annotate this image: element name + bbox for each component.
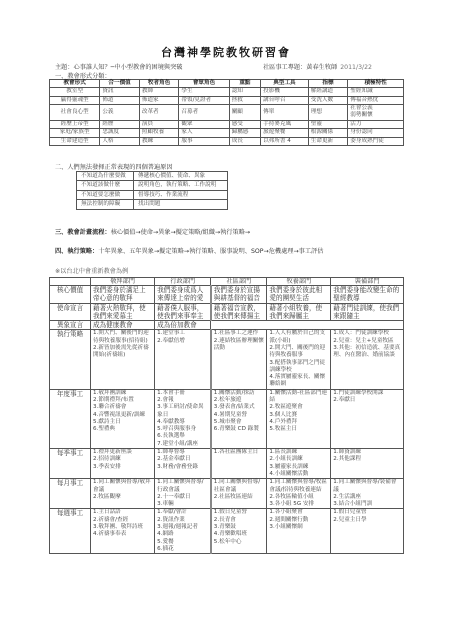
section-3-text: 核心價值→使命→異象→擬定策略/組織→執行策略→ xyxy=(111,229,250,236)
table-cell: 1.主日話語2.祈禱會/查經3.敬拜團、敬拜詩班4.祈禱事奉表 xyxy=(91,509,155,554)
table-cell: 傳福音熱忱 xyxy=(348,96,404,104)
column-header: 會眾角色 xyxy=(179,80,229,88)
list-item: 6.長執選舉 xyxy=(157,433,208,440)
table-cell: 委身成熟門徒 xyxy=(348,137,404,145)
table-cell: 藉著福音宣教，使我們來傳揚主 xyxy=(211,303,267,320)
row-header: 年度事工 xyxy=(50,389,91,448)
list-item: 1.同工關懷與督導/裝備會議 xyxy=(333,479,401,494)
list-item: 1.假日兒童營 xyxy=(214,509,265,516)
document-page: 台灣神學院教牧研習會 主題：心事誰人知？─中小型教會的困境與突破 社區事工專題：… xyxy=(0,0,452,640)
table-cell: 成為倍加教會 xyxy=(155,321,211,330)
list-item: 2.小組長訓練 xyxy=(269,456,328,463)
table-row: 不知道該做什麼說明角色，執行策略、工作說明 xyxy=(77,181,228,190)
table-cell: 說明角色，執行策略、工作說明 xyxy=(134,181,228,190)
table-cell: 受洗人數 xyxy=(308,96,348,104)
table-cell: 社會良心型 xyxy=(50,105,100,121)
table-cell: 督導技巧、作業流程 xyxy=(134,190,228,199)
table-cell: 身份認同 xyxy=(348,129,404,137)
table-cell: 1.同工關懷與督導/敬拜會議2.牧區觀摩 xyxy=(91,479,155,509)
column-header: 重點 xyxy=(229,80,260,88)
list-item: 4.祈禱事奉表 xyxy=(93,531,152,538)
list-item: 1.關懷活動/探訪 xyxy=(214,390,265,397)
table-cell: 生命更新 xyxy=(308,137,348,145)
table-cell: 我們委身於滿足上帝心意的敬拜 xyxy=(91,286,155,303)
table-cell: 1.師資訓練2.其他課程 xyxy=(331,449,404,479)
table-row: 每週事工1.主日話語2.祈禱會/查經3.敬拜團、敬拜詩班4.祈禱事奉表1.奉獻/… xyxy=(50,509,404,554)
department-plan-table: 敬拜部門行政部門社區部門牧養部門裝備部門核心價值我們委身於滿足上帝心意的敬拜我們… xyxy=(49,277,404,554)
table-cell: 1.各社區團隊主日 xyxy=(211,449,267,479)
table-cell: 教練 xyxy=(139,137,179,145)
list-item: 5.松年中心 xyxy=(214,539,265,546)
table-cell: 拯救 xyxy=(229,96,260,104)
column-header: 指標 xyxy=(308,80,348,88)
example-note: ※以台北中會重新教會為例 xyxy=(55,266,128,275)
table-cell: 演員 xyxy=(139,120,179,128)
table-row: 經歷上帝型經歷演員觀眾感受手持麥克風聖靈活力 xyxy=(50,120,404,128)
list-item: 4.暑期兒童營 xyxy=(214,412,265,419)
section-2-heading: 二、人們無法發揮正常表現的四個普遍原因 xyxy=(55,162,173,171)
list-item: 3.季表安排 xyxy=(93,464,152,471)
table-cell: 帶領/見證者 xyxy=(179,96,229,104)
table-cell: 1.假日兒童營2.長青會3.青樂鼓4.青樂歡唱班5.松年中心 xyxy=(211,509,267,554)
row-header: 異象宣言 xyxy=(50,321,91,330)
list-item: 2.奉獻日 xyxy=(333,397,401,404)
section-4-label: 四、執行策略： xyxy=(55,248,98,255)
list-item: 3.發表會/結業式 xyxy=(214,404,265,411)
table-cell: 改革者 xyxy=(139,105,179,121)
list-item: 3.小組關懷網 xyxy=(269,524,328,531)
list-item: 1.同工關懷與督導/社區會議 xyxy=(214,479,265,494)
table-cell: 社會公義弱勢關懷 xyxy=(348,105,404,121)
church-forms-table: 教會形式合一價值牧者角色會眾角色重點典型工具指標積極特性教室型資訊教師學生認知投… xyxy=(49,79,404,146)
table-row: 社會良心型公義改革者召募者關顧傳單理想社會公義弱勢關懷 xyxy=(50,105,404,121)
table-cell: 1.成人：門徒訓練學校2.兒童：兒主+兒童牧區3.其他：初信造就、基要真理、內在… xyxy=(331,330,404,389)
list-item: 1.社區事工之運作 xyxy=(214,330,265,337)
table-cell: 我們委身能改變生命的聖經教導 xyxy=(331,286,404,303)
list-item: 1.門徒訓練學校開課 xyxy=(333,390,401,397)
section-3-label: 三、教會計畫流程： xyxy=(55,229,111,236)
column-header: 敬拜部門 xyxy=(91,278,155,286)
table-cell: 傳單 xyxy=(261,105,309,121)
table-cell: 1.假日兒童營2.兒童主日學 xyxy=(331,509,404,554)
column-header: 牧者角色 xyxy=(139,80,179,88)
list-item: 1.同工關懷與督導/行政會議 xyxy=(157,479,208,494)
table-cell: 藉著門徒訓練，使我們來跟隨主 xyxy=(331,303,404,320)
table-cell: 我們委身於彼此相愛的團契生活 xyxy=(267,286,331,303)
list-item: 2.其他課程 xyxy=(333,456,401,463)
list-item: 2.基金奉獻日 xyxy=(157,456,208,463)
list-item: 3.其他：初信造就、基要真理、內在醫治、婚前協談 xyxy=(333,345,401,360)
list-item: 3.個人比賽 xyxy=(269,412,328,419)
list-item: 6.聖禮典 xyxy=(93,426,152,433)
table-cell: 佈道 xyxy=(100,96,140,104)
table-cell: 找出問題 xyxy=(134,200,228,209)
list-item: 4.小組關懷活動 xyxy=(269,471,328,478)
table-cell: 我們委身成爲人來傳達上帝的愛 xyxy=(155,286,211,303)
row-header: 使命宣言 xyxy=(50,303,91,320)
table-cell: 認知 xyxy=(229,88,260,96)
table-row: 家庭/家族型忠誠度照顧牧養家人歸屬感旅遊聚餐根源關係身份認同 xyxy=(50,129,404,137)
table-cell: 公義 xyxy=(100,105,140,121)
table-cell: 手持麥克風 xyxy=(261,120,309,128)
list-item: 3.配搭執事部門之門徒訓練學校 xyxy=(269,360,328,375)
table-cell: 1.各小組聚會2.週間關懷行動3.小組關懷網 xyxy=(267,509,331,554)
list-item: 4.網路 xyxy=(157,531,208,538)
table-row: 執行策略1.開大門、關後門的迎待與牧養服事(招待組)2.新皆加後需先從祈禱開始(… xyxy=(50,330,404,389)
table-cell: 傳遞核心價值、使命、異象 xyxy=(134,172,228,181)
table-cell: 1.敬拜團訓練2.節期禮拜/布置3.聯合祈禱會4.音響視訊更新/訓練5.獻詩主日… xyxy=(91,389,155,448)
table-cell: 理想 xyxy=(308,105,348,121)
table-row: 核心價值我們委身於滿足上帝心意的敬拜我們委身成爲人來傳達上帝的愛我們委身於宣揚與… xyxy=(50,286,404,303)
table-cell: 學生 xyxy=(179,88,229,96)
table-cell: 投影機 xyxy=(261,88,309,96)
table-cell: 1.同工關懷與督導/社區會議2.社區牧區連結 xyxy=(211,479,267,509)
section-4-text: 十年異象、五年異象→擬定策略→執行策略、服事說明、SOP→危機處理→事工評估 xyxy=(98,248,323,255)
table-cell: 1.關懷活動/探訪2.松年旅遊3.發表會/結業式4.暑期兒童營5.城市聚會6.青… xyxy=(211,389,267,448)
column-header: 教會形式 xyxy=(50,80,100,88)
header-row: 教會形式合一價值牧者角色會眾角色重點典型工具指標積極特性 xyxy=(50,80,404,88)
table-cell: 教室型 xyxy=(50,88,100,96)
row-header: 每週事工 xyxy=(50,509,91,554)
list-item: 1.假日兒童營 xyxy=(333,509,401,516)
list-item: 5.牧區主日 xyxy=(269,426,328,433)
table-row: 教室型資訊教師學生認知投影機解經講道聖經知識 xyxy=(50,88,404,96)
table-cell: 1.同工關懷與督導/裝備會議2.生活講座3.結合小組門訓 xyxy=(331,479,404,509)
table-cell: 1.禮拜更新座談2.招待訓練3.季表安排 xyxy=(91,449,155,479)
list-item: 2.祈禱會/查經 xyxy=(93,517,152,524)
list-item: 2.招待訓練 xyxy=(93,456,152,463)
table-cell: 聖靈 xyxy=(308,120,348,128)
column-header xyxy=(50,278,91,286)
list-item: 1.各小組聚會 xyxy=(269,509,328,516)
list-item: 2.社區牧區連結 xyxy=(214,494,265,501)
column-header: 積極特性 xyxy=(348,80,404,88)
table-cell: 我們委身於宣揚與耕基督的福音 xyxy=(211,286,267,303)
list-item: 2.牧區觀摩 xyxy=(93,494,152,501)
column-header: 牧養部門 xyxy=(267,278,331,286)
column-header: 行政部門 xyxy=(155,278,211,286)
table-row: 不知道要怎麼做督導技巧、作業流程 xyxy=(77,190,228,199)
list-item: 2.新皆加後需先從祈禱開始(祈禱組) xyxy=(93,345,152,360)
list-item: 2.奉獻倍增 xyxy=(157,338,208,345)
list-item: 6.插花 xyxy=(157,546,208,553)
list-item: 6.青樂鼓 CD 錄製 xyxy=(214,426,265,433)
table-row: 贏得靈魂型佈道佈道家帶領/見證者拯救講台呼召受洗人數傳福音熱忱 xyxy=(50,96,404,104)
speaker-name: 社區事工專題：黃春生牧師 xyxy=(263,64,337,71)
list-item: 3.結合小組門訓 xyxy=(333,501,401,508)
table-cell: 關顧 xyxy=(229,105,260,121)
list-item: 1.成人：門徒訓練學校 xyxy=(333,330,401,337)
table-cell: 資訊 xyxy=(100,88,140,96)
list-item: 4.落實屬靈家長、關懷聯絡網 xyxy=(269,374,328,389)
subject-line: 主題：心事誰人知？─中小型教會的困境與突破 xyxy=(55,62,182,71)
table-cell: 解經講道 xyxy=(308,88,348,96)
list-item: 1.關懷活動-社區部門連結 xyxy=(269,390,328,405)
column-header: 合一價值 xyxy=(100,80,140,88)
table-cell: 1.同工關懷與督導/牧區會議/招待與牧養連結2.各牧區輪值小組3.各小組 5G … xyxy=(267,479,331,509)
row-header: 每季事工 xyxy=(50,449,91,479)
table-cell: 1.社區事工之運作2.連結牧區辦理關懷活動 xyxy=(211,330,267,389)
list-item: 1.敬拜團訓練 xyxy=(93,390,152,397)
table-row: 生命建造型人格教練服事成長以弗所書 4生命更新委身成熟門徒 xyxy=(50,137,404,145)
date: 2011/3/22 xyxy=(340,64,372,71)
table-cell: 無法控制的障礙 xyxy=(77,200,134,209)
row-header: 核心價值 xyxy=(50,286,91,303)
list-item: 7.建堂小組/講座 xyxy=(157,441,208,448)
table-cell: 1.師專督導2.基金奉獻日3.財務/會務登錄 xyxy=(155,449,211,479)
document-title: 台灣神學院教牧研習會 xyxy=(0,44,452,60)
speaker-line: 社區事工專題：黃春生牧師2011/3/22 xyxy=(263,62,372,71)
list-item: 5.愛餐 xyxy=(157,539,208,546)
table-cell: 不知道該做什麼 xyxy=(77,181,134,190)
table-cell: 服事 xyxy=(179,137,229,145)
column-header: 典型工具 xyxy=(261,80,309,88)
list-item: 2.資訊作業 xyxy=(157,517,208,524)
table-cell: 旅遊聚餐 xyxy=(261,129,309,137)
table-cell: 根源關係 xyxy=(308,129,348,137)
list-item: 2.長青會 xyxy=(214,517,265,524)
column-header: 社區部門 xyxy=(211,278,267,286)
table-cell: 歸屬感 xyxy=(229,129,260,137)
table-cell: 家庭/家族型 xyxy=(50,129,100,137)
table-row: 異象宣言成為健康教會成為倍加教會 xyxy=(50,321,404,330)
list-item: 2.兒童主日學 xyxy=(333,517,401,524)
table-row: 使命宣言藉著火熱敬拜，使我們來愛慕主藉著僕人服事，使我們來事奉主藉著福音宣教，使… xyxy=(50,303,404,320)
table-row: 無法控制的障礙找出問題 xyxy=(77,200,228,209)
table-cell: 1.同工關懷與督導/行政會議2.十一奉獻日3.車輛 xyxy=(155,479,211,509)
list-item: 2.兒童：兒主+兒童牧區 xyxy=(333,338,401,345)
list-item: 3.車輛 xyxy=(157,501,208,508)
section-3: 三、教會計畫流程：核心價值→使命→異象→擬定策略/組織→執行策略→ xyxy=(55,227,250,236)
list-item: 1.同工關懷與督導/牧區會議/招待與牧養連結 xyxy=(269,479,328,494)
table-cell: 成長 xyxy=(229,137,260,145)
table-cell: 生命建造型 xyxy=(50,137,100,145)
table-cell: 藉著火熱敬拜，使我們來愛慕主 xyxy=(91,303,155,320)
list-item: 2.週間關懷行動 xyxy=(269,517,328,524)
list-item: 4.青樂歡唱班 xyxy=(214,531,265,538)
list-item: 4.音響視訊更新/訓練 xyxy=(93,412,152,419)
table-row: 每月事工1.同工關懷與督導/敬拜會議2.牧區觀摩1.同工關懷與督導/行政會議2.… xyxy=(50,479,404,509)
table-cell: 1.本會手冊2.會報3.事工研討/使命異象日4.奉獻教導5.呼召與服事身6.長執… xyxy=(155,389,211,448)
list-item: 1.各社區團隊主日 xyxy=(214,449,265,456)
list-item: 3.各小組 5G 安排 xyxy=(269,501,328,508)
table-cell: 1.關懷活動-社區部門連結2.牧區遊聚會3.個人比賽4.戶外禮拜5.牧區主日 xyxy=(267,389,331,448)
table-cell: 贏得靈魂型 xyxy=(50,96,100,104)
table-cell: 人格 xyxy=(100,137,140,145)
table-cell: 成為健康教會 xyxy=(91,321,155,330)
list-item: 1.人人有屬於自己的支派(小組) xyxy=(269,330,328,345)
table-cell: 1.奉獻/會計2.資訊作業3.週報/週報記者4.網路5.愛餐6.插花 xyxy=(155,509,211,554)
table-cell: 1.門徒訓練學校開課2.奉獻日 xyxy=(331,389,404,448)
list-item: 1.建堂事工 xyxy=(157,330,208,337)
list-item: 2.開大門、關後門的迎待與牧養服事 xyxy=(269,345,328,360)
table-cell: 藉著小組牧養，使我們來歸屬主 xyxy=(267,303,331,320)
table-cell: 家人 xyxy=(179,129,229,137)
table-cell: 感受 xyxy=(229,120,260,128)
table-row: 年度事工1.敬拜團訓練2.節期禮拜/布置3.聯合祈禱會4.音響視訊更新/訓練5.… xyxy=(50,389,404,448)
table-cell: 藉著僕人服事，使我們來事奉主 xyxy=(155,303,211,320)
table-cell: 經歷上帝型 xyxy=(50,120,100,128)
list-item: 1.主日話語 xyxy=(93,509,152,516)
table-cell: 活力 xyxy=(348,120,404,128)
reasons-table: 不知道為什麼要做傳遞核心價值、使命、異象不知道該做什麼說明角色，執行策略、工作說… xyxy=(76,171,228,210)
table-cell: 1.開大門、關後門的迎待與牧養服事(招待組)2.新皆加後需先從祈禱開始(祈禱組) xyxy=(91,330,155,389)
table-cell: 1.人人有屬於自己的支派(小組)2.開大門、關後門的迎待與牧養服事3.配搭執事部… xyxy=(267,330,331,389)
table-cell: 講台呼召 xyxy=(261,96,309,104)
table-cell: 教師 xyxy=(139,88,179,96)
row-header: 執行策略 xyxy=(50,330,91,389)
section-4: 四、執行策略：十年異象、五年異象→擬定策略→執行策略、服事說明、SOP→危機處理… xyxy=(55,246,323,255)
list-item: 1.同工關懷與督導/敬拜會議 xyxy=(93,479,152,494)
table-cell: 經歷 xyxy=(100,120,140,128)
list-item: 3.屬靈家長訓練 xyxy=(269,464,328,471)
table-cell: 觀眾 xyxy=(179,120,229,128)
list-item: 1.奉獻/會計 xyxy=(157,509,208,516)
table-cell: 召募者 xyxy=(179,105,229,121)
list-item: 1.開大門、關後門的迎待與牧養服事(招待組) xyxy=(93,330,152,345)
row-header: 每月事工 xyxy=(50,479,91,509)
list-item: 3.財務/會務登錄 xyxy=(157,464,208,471)
table-cell: 照顧牧養 xyxy=(139,129,179,137)
list-item: 1.本會手冊 xyxy=(157,390,208,397)
table-cell: 不知道為什麼要做 xyxy=(77,172,134,181)
table-cell: 聖經知識 xyxy=(348,88,404,96)
table-cell: 忠誠度 xyxy=(100,129,140,137)
table-cell: 佈道家 xyxy=(139,96,179,104)
header-row: 敬拜部門行政部門社區部門牧養部門裝備部門 xyxy=(50,278,404,286)
table-row: 不知道為什麼要做傳遞核心價值、使命、異象 xyxy=(77,172,228,181)
table-cell xyxy=(211,321,404,330)
column-header: 裝備部門 xyxy=(331,278,404,286)
table-cell: 不知道要怎麼做 xyxy=(77,190,134,199)
table-cell: 1.建堂事工2.奉獻倍增 xyxy=(155,330,211,389)
list-item: 3.事工研討/使命異象日 xyxy=(157,404,208,419)
table-row: 每季事工1.禮拜更新座談2.招待訓練3.季表安排1.師專督導2.基金奉獻日3.財… xyxy=(50,449,404,479)
table-cell: 以弗所書 4 xyxy=(261,137,309,145)
list-item: 2.牧區遊聚會 xyxy=(269,404,328,411)
list-item: 3.聯合祈禱會 xyxy=(93,404,152,411)
table-cell: 1.區長訓練2.小組長訓練3.屬靈家長訓練4.小組關懷活動 xyxy=(267,449,331,479)
list-item: 2.連結牧區辦理關懷活動 xyxy=(214,338,265,353)
